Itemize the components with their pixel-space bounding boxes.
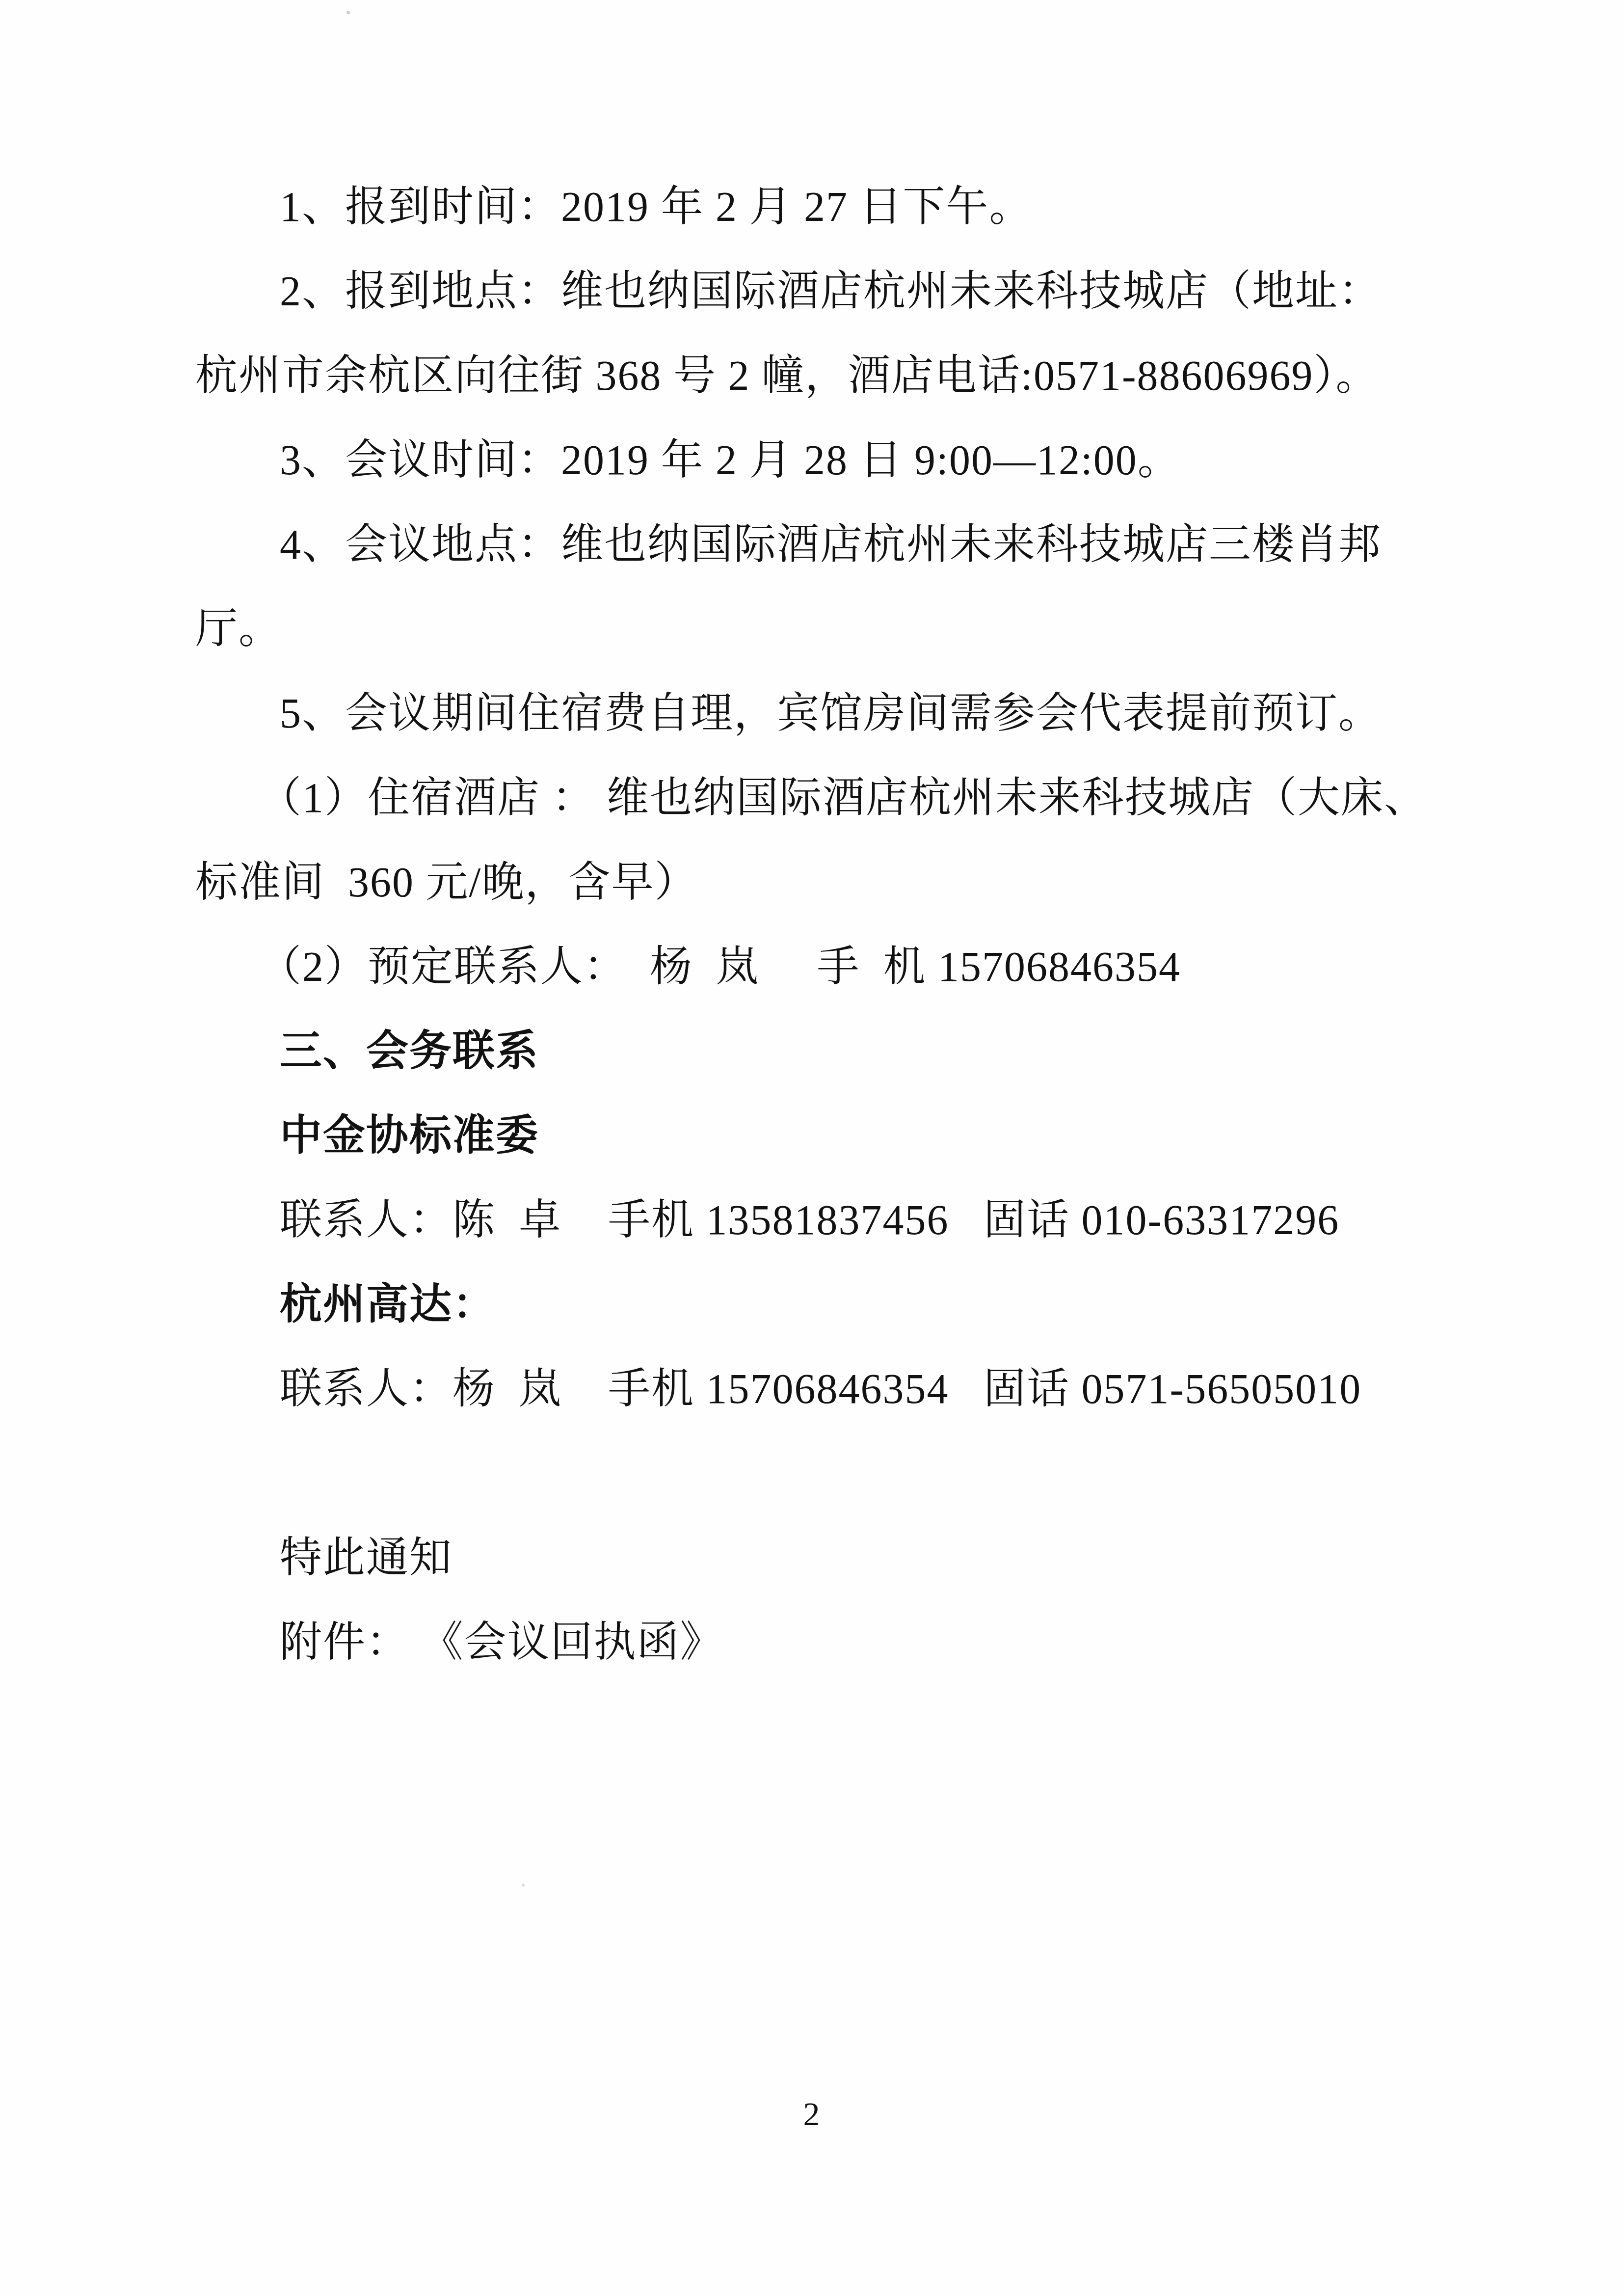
- org-heading-standards-committee: 中金协标准委: [195, 1093, 1452, 1178]
- document-line-hotel-address: 杭州市余杭区向往街 368 号 2 幢，酒店电话:0571-88606969）。: [195, 333, 1452, 418]
- document-line-attachment: 附件： 《会议回执函》: [195, 1600, 1452, 1684]
- document-line-meeting-time: 3、会议时间：2019 年 2 月 28 日 9:00—12:00。: [195, 418, 1452, 502]
- document-line-closing: 特此通知: [195, 1515, 1452, 1600]
- document-line-booking-contact: （2）预定联系人： 杨 岚 手 机 15706846354: [195, 924, 1452, 1009]
- scan-speck: [346, 11, 350, 14]
- document-line-meeting-place: 4、会议地点：维也纳国际酒店杭州未来科技城店三楼肖邦: [195, 502, 1452, 587]
- document-line-meeting-place-cont: 厅。: [195, 587, 1452, 671]
- document-line-lodging-hotel: （1）住宿酒店 ： 维也纳国际酒店杭州未来科技城店（大床、: [195, 756, 1452, 840]
- document-line-registration-place: 2、报到地点：维也纳国际酒店杭州未来科技城店（地址：: [195, 249, 1452, 333]
- document-line-lodging-note: 5、会议期间住宿费自理，宾馆房间需参会代表提前预订。: [195, 671, 1452, 756]
- document-line-room-price: 标准间 360 元/晚，含早）: [195, 840, 1452, 924]
- document-line-contact-chenzhuo: 联系人：陈 卓 手机 13581837456 固话 010-63317296: [195, 1178, 1452, 1262]
- scan-speck: [522, 1884, 525, 1887]
- page-number: 2: [0, 2097, 1623, 2131]
- document-line-contact-yanglan: 联系人：杨 岚 手机 15706846354 固话 0571-56505010: [195, 1347, 1452, 1431]
- document-body: 1、报到时间：2019 年 2 月 27 日下午。 2、报到地点：维也纳国际酒店…: [195, 164, 1452, 1684]
- document-line-registration-time: 1、报到时间：2019 年 2 月 27 日下午。: [195, 164, 1452, 249]
- scanned-document-page: 1、报到时间：2019 年 2 月 27 日下午。 2、报到地点：维也纳国际酒店…: [0, 0, 1623, 2296]
- section-heading-contacts: 三、会务联系: [195, 1009, 1452, 1093]
- org-heading-hangzhou-gaoda: 杭州高达：: [195, 1262, 1452, 1347]
